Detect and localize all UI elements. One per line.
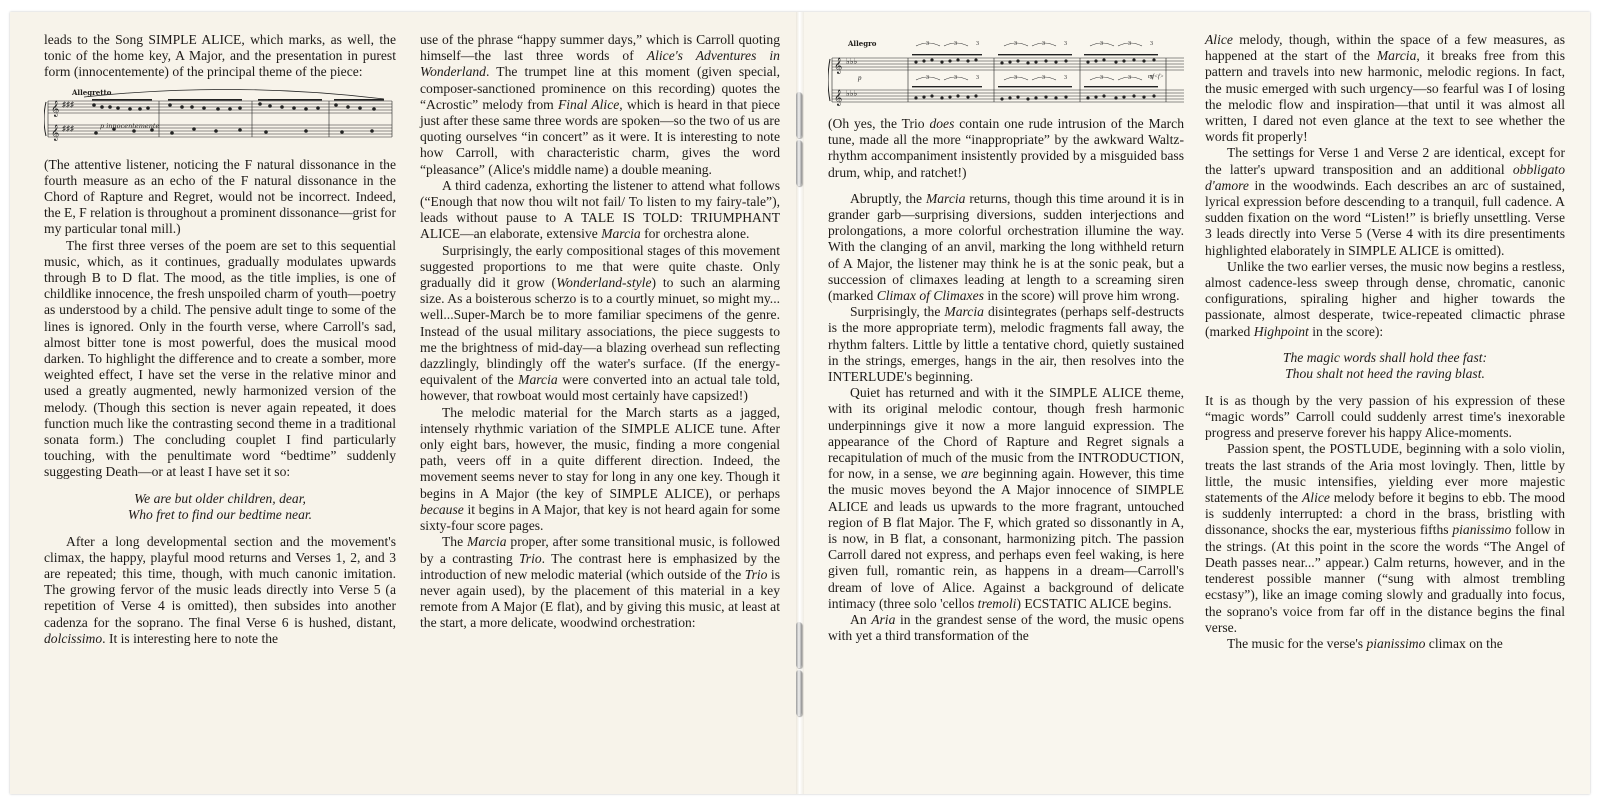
dynamic-marking: p innocentemente bbox=[100, 118, 159, 134]
svg-text:3: 3 bbox=[976, 41, 979, 47]
svg-text:3: 3 bbox=[1064, 41, 1067, 47]
svg-text:𝄞: 𝄞 bbox=[834, 90, 842, 106]
verse-line: Who fret to find our bedtime near. bbox=[44, 507, 396, 524]
paragraph: A third cadenza, exhorting the listener … bbox=[420, 178, 780, 243]
column-4: Alice melody, though, within the space o… bbox=[1205, 32, 1565, 652]
verse-line: Thou shalt not heed the raving blast. bbox=[1205, 366, 1565, 383]
paragraph: Alice melody, though, within the space o… bbox=[1205, 32, 1565, 145]
svg-text:𝄞: 𝄞 bbox=[51, 125, 59, 141]
paragraph: After a long developmental section and t… bbox=[44, 534, 396, 647]
paragraph: The settings for Verse 1 and Verse 2 are… bbox=[1205, 145, 1565, 258]
svg-text:𝄞: 𝄞 bbox=[834, 58, 842, 74]
paragraph: Surprisingly, the Marcia disintegrates (… bbox=[828, 304, 1184, 385]
svg-text:3: 3 bbox=[976, 75, 979, 81]
paragraph: Passion spent, the POSTLUDE, beginning w… bbox=[1205, 441, 1565, 635]
staple-icon bbox=[796, 140, 802, 186]
right-page: Allegro 𝄞 𝄞 ♭♭♭ ♭♭♭ bbox=[800, 12, 1590, 794]
verse-quote: We are but older children, dear, Who fre… bbox=[44, 491, 396, 524]
column-3: Allegro 𝄞 𝄞 ♭♭♭ ♭♭♭ bbox=[828, 32, 1184, 645]
svg-text:3: 3 bbox=[1150, 75, 1153, 81]
paragraph: Surprisingly, the early compositional st… bbox=[420, 243, 780, 405]
svg-text:3: 3 bbox=[954, 41, 957, 47]
svg-text:3: 3 bbox=[1014, 41, 1017, 47]
left-page: leads to the Song SIMPLE ALICE, which ma… bbox=[10, 12, 800, 794]
svg-text:3: 3 bbox=[954, 75, 957, 81]
paragraph: The Marcia proper, after some transition… bbox=[420, 534, 780, 631]
svg-text:3: 3 bbox=[1150, 41, 1153, 47]
column-2: use of the phrase “happy summer days,” w… bbox=[420, 32, 780, 632]
svg-text:3: 3 bbox=[1064, 75, 1067, 81]
svg-text:3: 3 bbox=[1042, 41, 1045, 47]
svg-text:3: 3 bbox=[1100, 75, 1103, 81]
paragraph: The melodic material for the March start… bbox=[420, 405, 780, 535]
paragraph: (Oh yes, the Trio does contain one rude … bbox=[828, 116, 1184, 181]
booklet-spread: leads to the Song SIMPLE ALICE, which ma… bbox=[10, 12, 1590, 794]
paragraph: The music for the verse's pianissimo cli… bbox=[1205, 636, 1565, 652]
paragraph: Unlike the two earlier verses, the music… bbox=[1205, 259, 1565, 340]
svg-text:3: 3 bbox=[926, 75, 929, 81]
svg-text:p: p bbox=[857, 74, 862, 82]
paragraph: It is as though by the very passion of h… bbox=[1205, 393, 1565, 442]
staple-icon bbox=[796, 622, 802, 668]
verse-line: The magic words shall hold thee fast: bbox=[1205, 350, 1565, 367]
paragraph: (The attentive listener, noticing the F … bbox=[44, 157, 396, 238]
svg-text:3: 3 bbox=[1014, 75, 1017, 81]
svg-text:♭♭♭: ♭♭♭ bbox=[846, 57, 858, 66]
svg-text:3: 3 bbox=[926, 41, 929, 47]
svg-text:♭♭♭: ♭♭♭ bbox=[846, 89, 858, 98]
staff-notation-icon: 𝄞 𝄞 ♭♭♭ ♭♭♭ p mf<f> 333 333 333 333 bbox=[828, 36, 1184, 112]
svg-text:♯♯♯: ♯♯♯ bbox=[62, 100, 74, 109]
svg-text:3: 3 bbox=[1128, 41, 1131, 47]
tempo-marking: Allegretto bbox=[72, 85, 111, 101]
staple-icon bbox=[796, 92, 802, 138]
svg-text:3: 3 bbox=[1100, 41, 1103, 47]
verse-quote: The magic words shall hold thee fast: Th… bbox=[1205, 350, 1565, 383]
verse-line: We are but older children, dear, bbox=[44, 491, 396, 508]
paragraph: leads to the Song SIMPLE ALICE, which ma… bbox=[44, 32, 396, 81]
svg-text:♯♯♯: ♯♯♯ bbox=[62, 124, 74, 133]
paragraph: use of the phrase “happy summer days,” w… bbox=[420, 32, 780, 178]
staple-icon bbox=[796, 670, 802, 716]
music-example-trio: Allegro 𝄞 𝄞 ♭♭♭ ♭♭♭ bbox=[828, 36, 1184, 112]
spacer bbox=[828, 181, 1184, 191]
svg-text:3: 3 bbox=[1128, 75, 1131, 81]
paragraph: The first three verses of the poem are s… bbox=[44, 238, 396, 481]
tempo-marking: Allegro bbox=[848, 36, 876, 52]
paragraph: An Aria in the grandest sense of the wor… bbox=[828, 612, 1184, 644]
svg-text:𝄞: 𝄞 bbox=[51, 101, 59, 117]
paragraph: Quiet has returned and with it the SIMPL… bbox=[828, 385, 1184, 612]
music-example-simple-alice: Allegretto p innocentemente 𝄞 𝄞 ♯♯♯ bbox=[44, 85, 396, 153]
svg-text:3: 3 bbox=[1042, 75, 1045, 81]
column-1: leads to the Song SIMPLE ALICE, which ma… bbox=[44, 32, 396, 647]
paragraph: Abruptly, the Marcia returns, though thi… bbox=[828, 191, 1184, 304]
